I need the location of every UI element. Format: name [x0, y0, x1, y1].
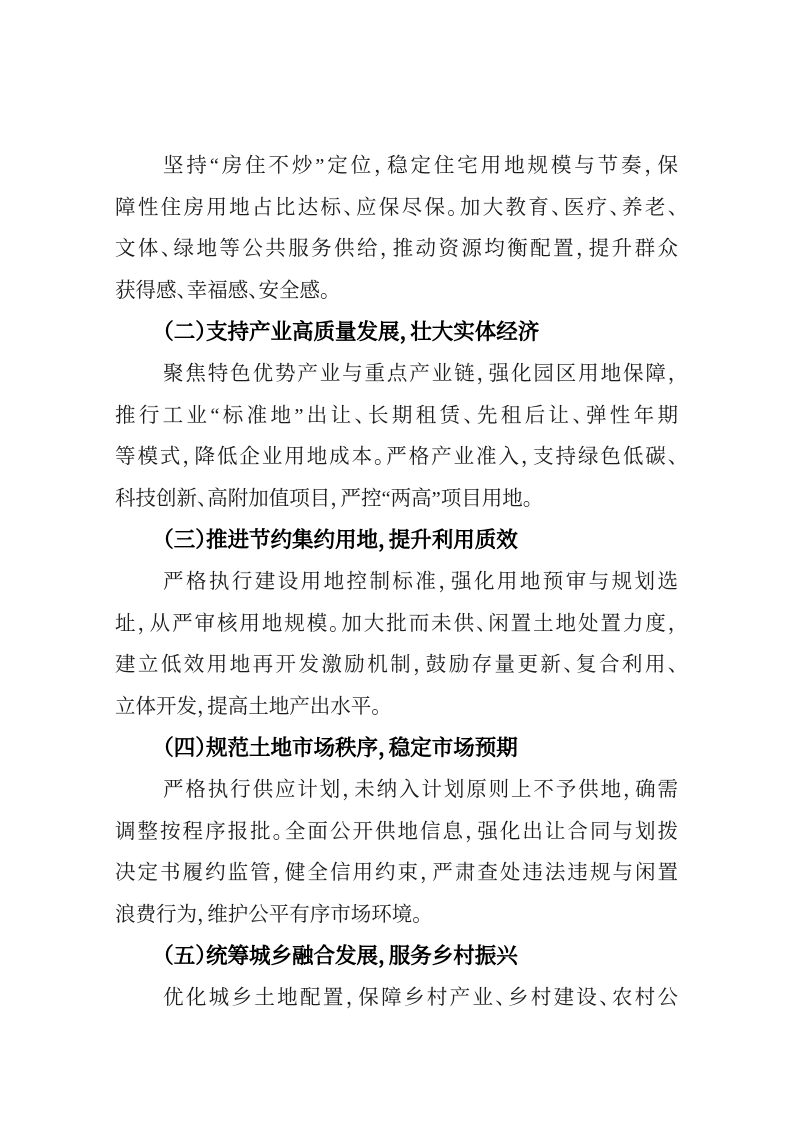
text-line: 文体、绿地等公共服务供给，推动资源均衡配置，提升群众: [115, 229, 678, 271]
section-heading: （四）规范土地市场秩序，稳定市场预期: [115, 728, 678, 770]
text-line: 严格执行建设用地控制标准，强化用地预审与规划选: [115, 562, 678, 604]
document-text-block: 坚持“房住不炒”定位，稳定住宅用地规模与节奏，保 障性住房用地占比达标、应保尽保…: [115, 146, 678, 1019]
text-line: 浪费行为，维护公平有序市场环境。: [115, 895, 678, 937]
section-heading: （三）推进节约集约用地，提升利用质效: [115, 520, 678, 562]
text-line: 科技创新、高附加值项目，严控“两高”项目用地。: [115, 479, 678, 521]
text-line: 聚焦特色优势产业与重点产业链，强化园区用地保障，: [115, 354, 678, 396]
text-line: 坚持“房住不炒”定位，稳定住宅用地规模与节奏，保: [115, 146, 678, 188]
text-line: 获得感、幸福感、安全感。: [115, 271, 678, 313]
text-line: 调整按程序报批。全面公开供地信息，强化出让合同与划拨: [115, 812, 678, 854]
text-line: 建立低效用地再开发激励机制，鼓励存量更新、复合利用、: [115, 645, 678, 687]
text-line: 严格执行供应计划，未纳入计划原则上不予供地，确需: [115, 770, 678, 812]
text-line: 址，从严审核用地规模。加大批而未供、闲置土地处置力度，: [115, 604, 678, 646]
text-line: 推行工业“标准地”出让、长期租赁、先租后让、弹性年期: [115, 396, 678, 438]
text-line: 决定书履约监管，健全信用约束，严肃查处违法违规与闲置: [115, 853, 678, 895]
section-heading: （五）统筹城乡融合发展，服务乡村振兴: [115, 936, 678, 978]
section-heading: （二）支持产业高质量发展，壮大实体经济: [115, 312, 678, 354]
text-line: 优化城乡土地配置，保障乡村产业、乡村建设、农村公: [115, 978, 678, 1020]
text-line: 等模式，降低企业用地成本。严格产业准入，支持绿色低碳、: [115, 437, 678, 479]
text-line: 障性住房用地占比达标、应保尽保。加大教育、医疗、养老、: [115, 188, 678, 230]
document-page: 坚持“房住不炒”定位，稳定住宅用地规模与节奏，保 障性住房用地占比达标、应保尽保…: [0, 0, 793, 1122]
text-line: 立体开发，提高土地产出水平。: [115, 687, 678, 729]
